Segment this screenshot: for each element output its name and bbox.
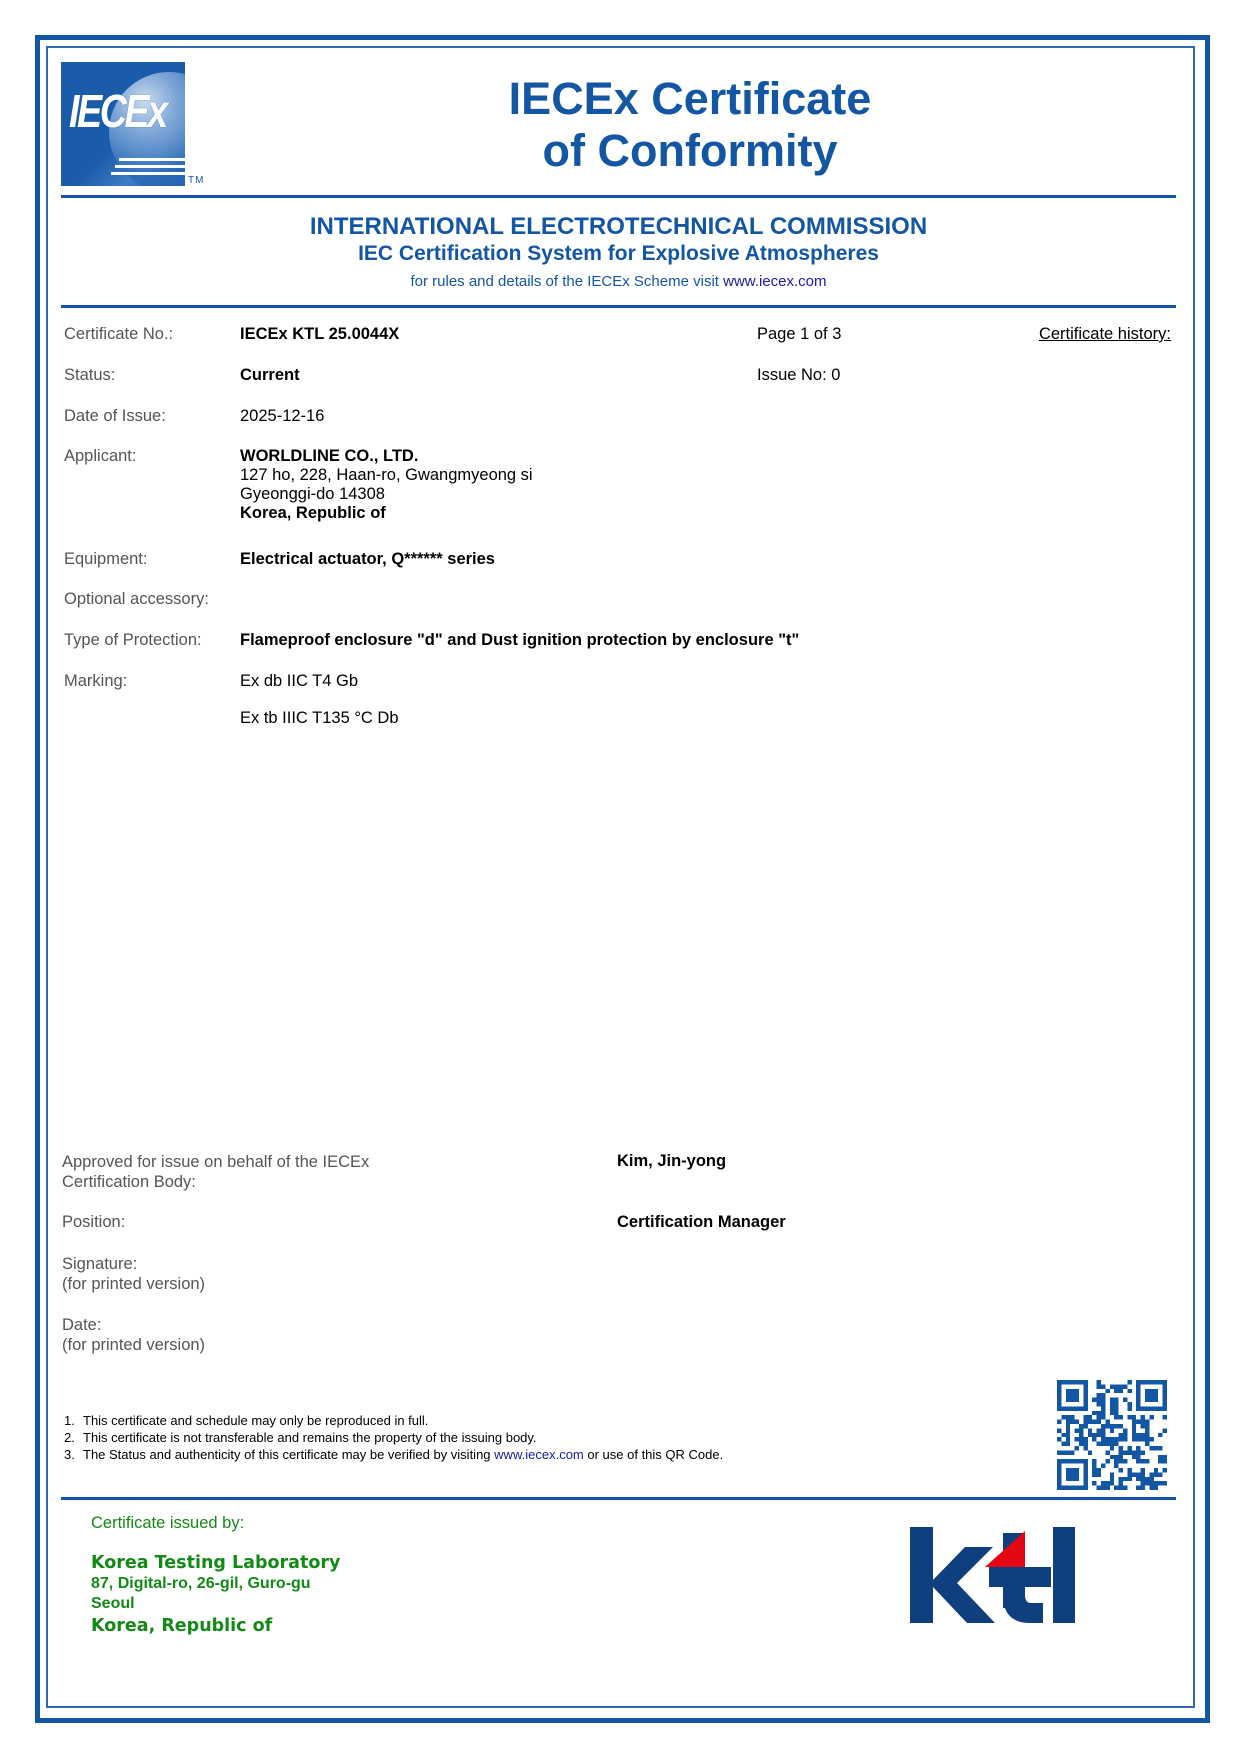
approver-name: Kim, Jin-yong bbox=[617, 1152, 726, 1171]
issuer-city: Seoul bbox=[91, 1595, 135, 1613]
date-of-issue: 2025-12-16 bbox=[240, 407, 324, 426]
issuer-country: Korea, Republic of bbox=[91, 1616, 272, 1636]
rules-line: for rules and details of the IECEx Schem… bbox=[61, 273, 1176, 290]
divider bbox=[61, 1497, 1176, 1500]
applicant-label: Applicant: bbox=[64, 447, 136, 466]
organization-name: INTERNATIONAL ELECTROTECHNICAL COMMISSIO… bbox=[61, 213, 1176, 241]
page-indicator: Page 1 of 3 bbox=[757, 325, 841, 344]
logo-stripe bbox=[115, 165, 185, 168]
applicant-name: WORLDLINE CO., LTD. bbox=[240, 447, 533, 466]
certificate-history-link[interactable]: Certificate history: bbox=[1039, 325, 1171, 344]
date-of-issue-label: Date of Issue: bbox=[64, 407, 166, 426]
applicant-country: Korea, Republic of bbox=[240, 504, 533, 523]
applicant-block: WORLDLINE CO., LTD. 127 ho, 228, Haan-ro… bbox=[240, 447, 533, 523]
applicant-address-2: Gyeonggi-do 14308 bbox=[240, 485, 533, 504]
divider bbox=[61, 305, 1176, 308]
applicant-address-1: 127 ho, 228, Haan-ro, Gwangmyeong si bbox=[240, 466, 533, 485]
trademark: TM bbox=[188, 175, 204, 186]
optional-accessory-label: Optional accessory: bbox=[64, 590, 209, 609]
certification-system: IEC Certification System for Explosive A… bbox=[61, 242, 1176, 266]
note-item: 1.This certificate and schedule may only… bbox=[64, 1412, 723, 1429]
iecex-link[interactable]: www.iecex.com bbox=[723, 273, 826, 290]
marking-2: Ex tb IIIC T135 °C Db bbox=[240, 709, 399, 728]
page-title: IECEx Certificate of Conformity bbox=[420, 73, 960, 177]
note-item: 3.The Status and authenticity of this ce… bbox=[64, 1446, 723, 1463]
iecex-logo-text: IECEx bbox=[69, 84, 166, 138]
approved-label: Approved for issue on behalf of the IECE… bbox=[62, 1152, 369, 1192]
iecex-verify-link[interactable]: www.iecex.com bbox=[494, 1447, 584, 1462]
issuer-name: Korea Testing Laboratory bbox=[91, 1553, 340, 1573]
position-label: Position: bbox=[62, 1213, 125, 1232]
status-label: Status: bbox=[64, 366, 115, 385]
qr-code[interactable] bbox=[1057, 1380, 1167, 1490]
position-value: Certification Manager bbox=[617, 1213, 786, 1232]
status-value: Current bbox=[240, 366, 300, 385]
divider bbox=[61, 195, 1176, 198]
iecex-logo: IECEx bbox=[61, 62, 185, 186]
certificate-no: IECEx KTL 25.0044X bbox=[240, 325, 399, 344]
certificate-no-label: Certificate No.: bbox=[64, 325, 173, 344]
logo-stripe bbox=[111, 172, 185, 175]
equipment-value: Electrical actuator, Q****** series bbox=[240, 550, 495, 569]
protection-value: Flameproof enclosure "d" and Dust igniti… bbox=[240, 631, 799, 650]
approval-date-label: Date: (for printed version) bbox=[62, 1315, 205, 1355]
logo-stripe bbox=[119, 158, 185, 161]
marking-label: Marking: bbox=[64, 672, 127, 691]
equipment-label: Equipment: bbox=[64, 550, 147, 569]
issue-no: Issue No: 0 bbox=[757, 366, 840, 385]
protection-label: Type of Protection: bbox=[64, 631, 202, 650]
issued-by-label: Certificate issued by: bbox=[91, 1514, 244, 1533]
ktl-logo bbox=[905, 1525, 1080, 1625]
issuer-address: 87, Digital-ro, 26-gil, Guro-gu bbox=[91, 1575, 311, 1593]
note-item: 2.This certificate is not transferable a… bbox=[64, 1429, 723, 1446]
signature-label: Signature: (for printed version) bbox=[62, 1254, 205, 1294]
marking-1: Ex db IIC T4 Gb bbox=[240, 672, 358, 691]
notes-list: 1.This certificate and schedule may only… bbox=[64, 1412, 723, 1463]
